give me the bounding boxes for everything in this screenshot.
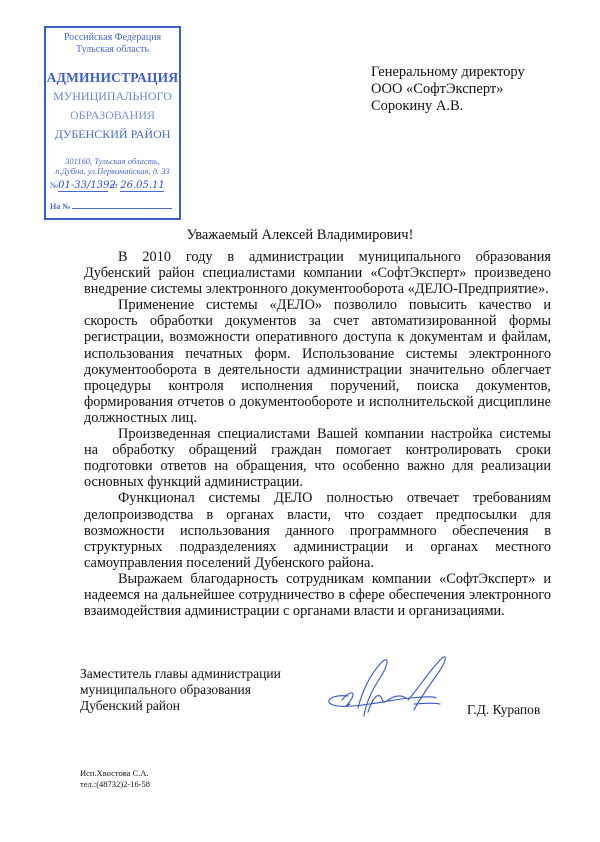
signer-position: Заместитель главы администрации муниципа… <box>80 666 281 714</box>
stamp-reply-row: На № <box>46 202 179 211</box>
executor-name: Исп.Хвостова С.А. <box>80 768 150 779</box>
stamp-date-prefix: от <box>110 180 118 190</box>
stamp-date-value: 26.05.11 <box>120 180 165 191</box>
executor-info: Исп.Хвостова С.А. тел.:(48732)2-16-58 <box>80 768 150 790</box>
stamp-title-line: ОБРАЗОВАНИЯ <box>46 106 179 125</box>
signer-position-line: Заместитель главы администрации <box>80 666 281 682</box>
stamp-region: Тульская область <box>46 44 179 56</box>
paragraph: Произведенная специалистами Вашей компан… <box>84 426 551 490</box>
signer-name: Г.Д. Курапов <box>467 702 540 718</box>
paragraph: Выражаем благодарность сотрудникам компа… <box>84 571 551 619</box>
signer-position-line: муниципального образования <box>80 682 281 698</box>
stamp-title-line: МУНИЦИПАЛЬНОГО <box>46 87 179 106</box>
stamp-reply-line <box>72 208 172 209</box>
stamp-country: Российская Федерация <box>46 32 179 44</box>
stamp-title-line: ДУБЕНСКИЙ РАЙОН <box>46 125 179 144</box>
paragraph: В 2010 году в администрации муниципально… <box>84 249 551 297</box>
registration-stamp: Российская Федерация Тульская область АД… <box>44 26 181 220</box>
stamp-address: 301160, Тульская область, п.Дубна, ул.Пе… <box>46 156 179 176</box>
executor-phone: тел.:(48732)2-16-58 <box>80 779 150 790</box>
stamp-number-row: №01-33/1392 от 26.05.11 <box>46 180 179 196</box>
stamp-number-prefix: № <box>50 180 58 190</box>
paragraph: Применение системы «ДЕЛО» позволило повы… <box>84 297 551 426</box>
addressee-name: Сорокину А.В. <box>371 98 525 115</box>
handwritten-signature <box>318 652 458 724</box>
addressee-block: Генеральному директору ООО «СофтЭксперт»… <box>371 64 525 115</box>
addressee-company: ООО «СофтЭксперт» <box>371 81 525 98</box>
stamp-address-line1: 301160, Тульская область, <box>46 156 179 166</box>
signer-position-line: Дубенский район <box>80 698 281 714</box>
stamp-number-value: 01-33/1392 <box>58 180 116 191</box>
stamp-reply-prefix: На № <box>50 202 70 211</box>
salutation: Уважаемый Алексей Владимирович! <box>0 227 600 244</box>
stamp-title-line: АДМИНИСТРАЦИЯ <box>46 68 179 87</box>
letter-body: В 2010 году в администрации муниципально… <box>84 249 551 619</box>
stamp-address-line2: п.Дубна, ул.Первомайская, д. 33 <box>46 166 179 176</box>
paragraph: Функционал системы ДЕЛО полностью отвеча… <box>84 490 551 570</box>
addressee-position: Генеральному директору <box>371 64 525 81</box>
